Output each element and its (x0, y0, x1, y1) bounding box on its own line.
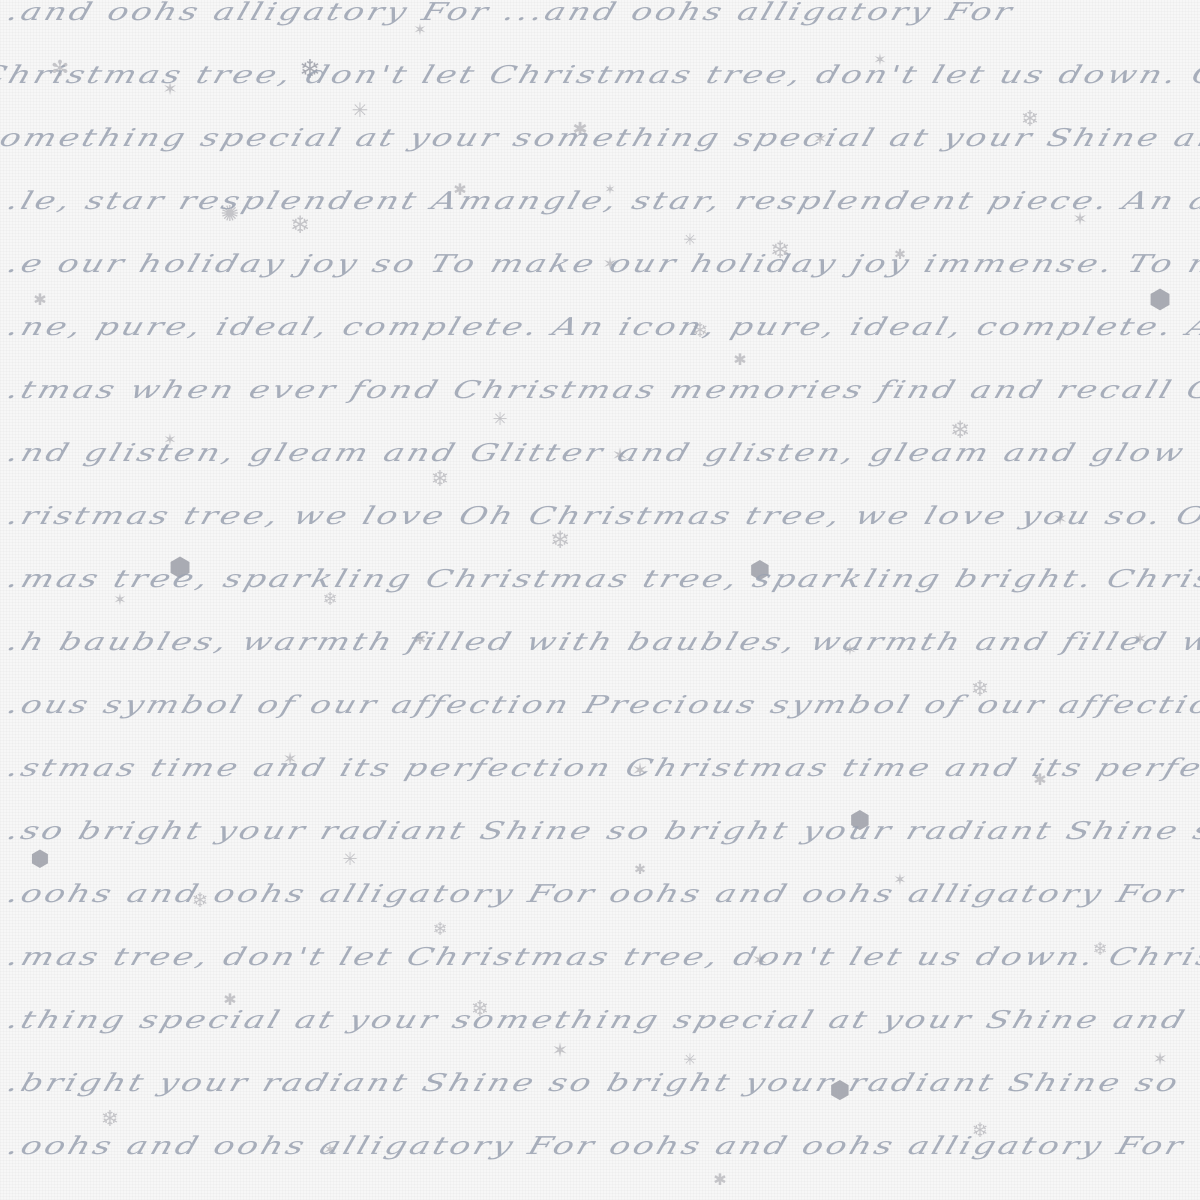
script-line: ...ne, pure, ideal, complete. An icon, p… (0, 313, 1200, 342)
script-line: ...mas tree, sparkling Christmas tree, s… (0, 565, 1200, 594)
script-line: Christmas tree, don't let Christmas tree… (0, 61, 1200, 90)
script-line: ...h baubles, warmth filled with baubles… (0, 628, 1200, 657)
script-line: ...ristmas tree, we love Oh Christmas tr… (0, 502, 1200, 531)
script-line: ...le, star resplendent Amangle, star, r… (0, 187, 1200, 216)
script-line: something special at your something spec… (0, 124, 1200, 153)
script-line: ...mas tree, don't let Christmas tree, d… (0, 943, 1200, 972)
fabric-background: ✻✶✳✶❄✱✶✺❄✱✶✳❄✱✶⬢❄✶❄✱❄✶✳✶❄❄⬢⬢✶❄✱❄✶✶✶✱⬢✳⬢✱… (0, 0, 1200, 1200)
script-line: ...and oohs alligatory For ...and oohs a… (0, 0, 1018, 26)
script-line: ...oohs and oohs alligatory For oohs and… (0, 880, 1189, 909)
script-line: ...ous symbol of our affection Precious … (0, 691, 1200, 720)
script-line: ...bright your radiant Shine so bright y… (0, 1069, 1184, 1098)
script-line: ...so bright your radiant Shine so brigh… (0, 817, 1200, 846)
script-line: ...e our holiday joy so To make our holi… (0, 250, 1200, 279)
script-line: ...stmas time and its perfection Christm… (0, 754, 1200, 783)
script-line: ...thing special at your something speci… (0, 1006, 1191, 1035)
script-line: ...oohs and oohs alligatory For oohs and… (0, 1132, 1189, 1161)
script-text-layer: ...and oohs alligatory For ...and oohs a… (0, 0, 1200, 1200)
script-line: ...nd glisten, gleam and Glitter and gli… (0, 439, 1190, 468)
script-line: ...tmas when ever fond Christmas memorie… (0, 376, 1200, 405)
